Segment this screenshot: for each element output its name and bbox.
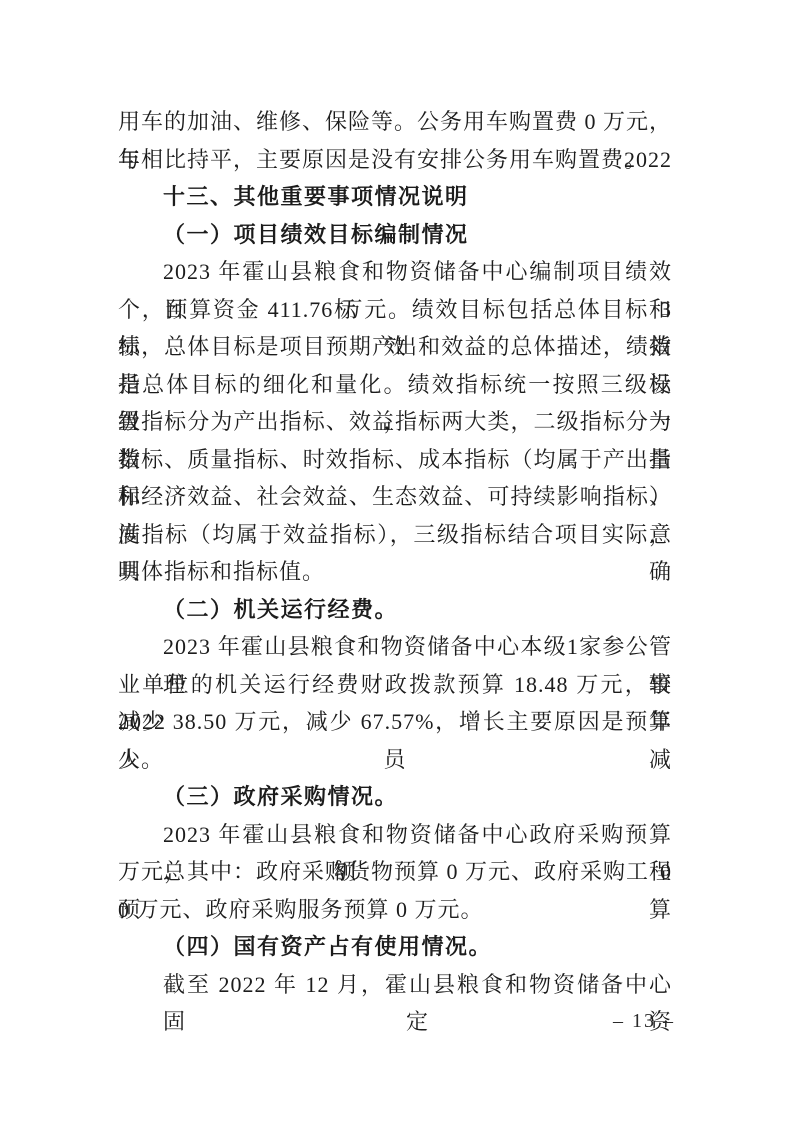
- paragraph-line: 减少 38.50 万元，减少 67.57%，增长主要原因是预算人员减: [118, 703, 672, 741]
- document-page: 用车的加油、维修、保险等。公务用车购置费 0 万元，与 2022 年相比持平，主…: [0, 0, 793, 1122]
- paragraph-line: 标，总体目标是项目预期产出和效益的总体描述，绩效指标: [118, 328, 672, 366]
- document-body: 用车的加油、维修、保险等。公务用车购置费 0 万元，与 2022 年相比持平，主…: [118, 103, 672, 1003]
- paragraph-line: 个，预算资金 411.76 万元。绩效目标包括总体目标和绩效指: [118, 291, 672, 329]
- subsection-heading-one: （一）项目绩效目标编制情况: [118, 216, 672, 254]
- paragraph-line: 截至 2022 年 12 月，霍山县粮食和物资储备中心固定资: [118, 966, 672, 1004]
- paragraph-line: 和经济效益、社会效益、生态效益、可持续影响指标、满意: [118, 478, 672, 516]
- subsection-heading-two: （二）机关运行经费。: [118, 591, 672, 629]
- subsection-heading-four: （四）国有资产占有使用情况。: [118, 928, 672, 966]
- paragraph-line: 2023 年霍山县粮食和物资储备中心编制项目绩效目标 3: [118, 253, 672, 291]
- subsection-heading-three: （三）政府采购情况。: [118, 778, 672, 816]
- section-heading-thirteen: 十三、其他重要事项情况说明: [118, 178, 672, 216]
- paragraph-line: 是总体目标的细化和量化。绩效指标统一按照三级设置，一: [118, 366, 672, 404]
- paragraph-line: 级指标分为产出指标、效益指标两大类，二级指标分为数量: [118, 403, 672, 441]
- paragraph-line: 指标、质量指标、时效指标、成本指标（均属于产出指标）: [118, 441, 672, 479]
- paragraph-line: 2023 年霍山县粮食和物资储备中心本级1家参公管理事: [118, 628, 672, 666]
- paragraph-line: 2023 年霍山县粮食和物资储备中心政府采购预算总额 0: [118, 816, 672, 854]
- paragraph-line: 业单位的机关运行经费财政拨款预算 18.48 万元，较 2022 年: [118, 666, 672, 704]
- paragraph-line: 年相比持平，主要原因是没有安排公务用车购置费。: [118, 141, 672, 179]
- page-number: – 13 –: [613, 1010, 675, 1033]
- paragraph-line: 度指标（均属于效益指标），三级指标结合项目实际，明确: [118, 516, 672, 554]
- paragraph-line: 万元，其中：政府采购货物预算 0 万元、政府采购工程预算: [118, 853, 672, 891]
- paragraph-line: 用车的加油、维修、保险等。公务用车购置费 0 万元，与 2022: [118, 103, 672, 141]
